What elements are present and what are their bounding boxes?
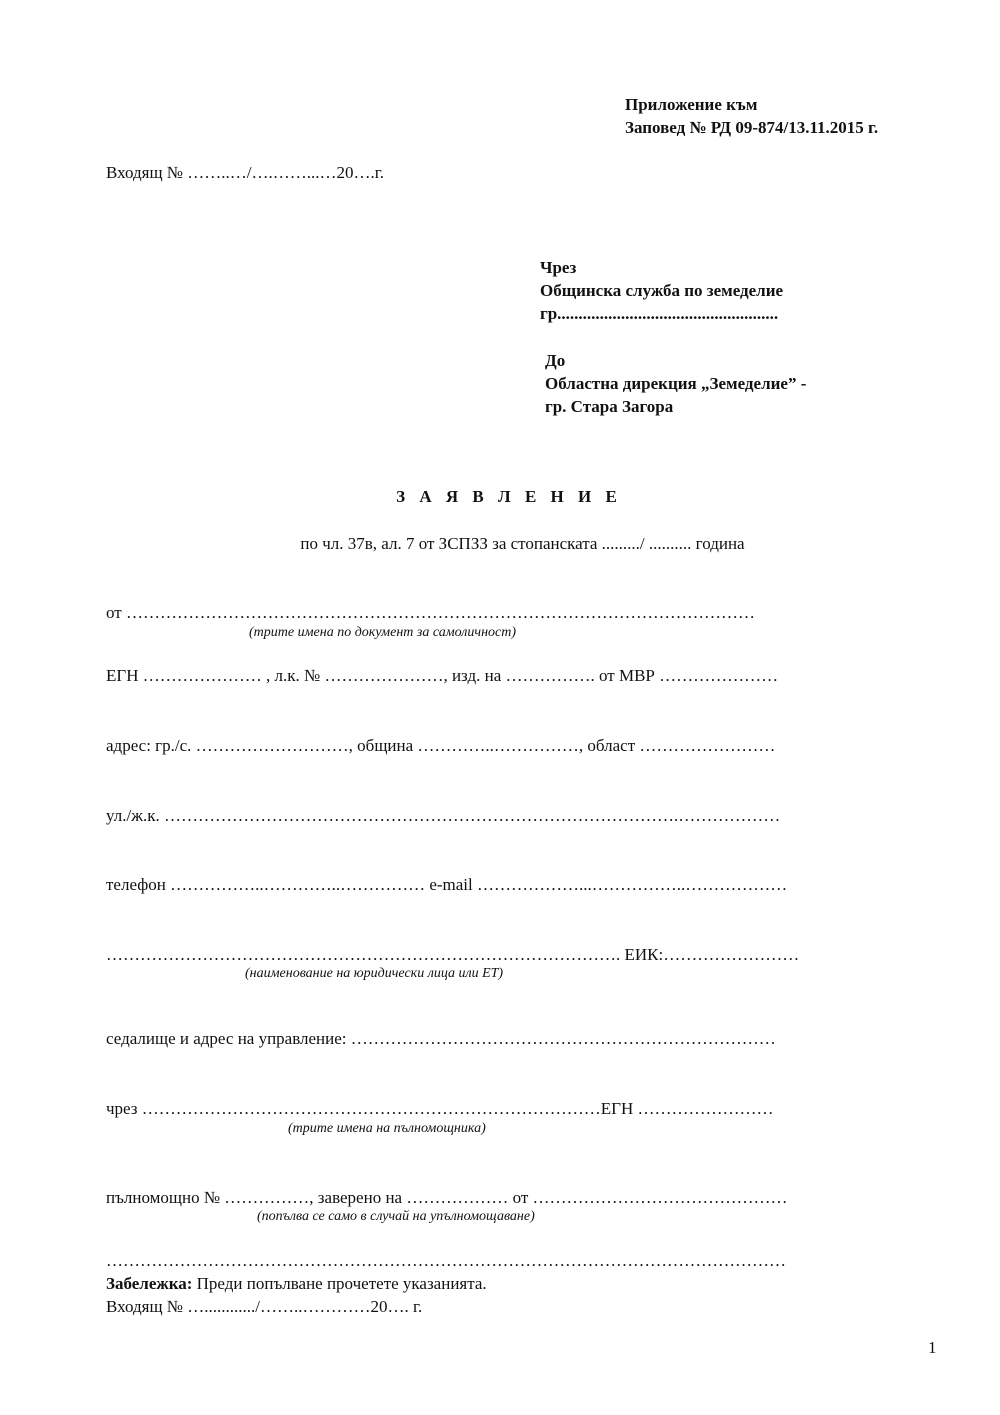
field-from-hint: (трите имена по документ за самоличност) [249, 625, 516, 641]
field-via-proxy-hint: (трите имена на пълномощника) [288, 1121, 486, 1137]
via-line-2: Общинска служба по земеделие [540, 279, 783, 302]
incoming-number-top: Входящ № ……..…/….……...…20….г. [106, 163, 384, 183]
note-text: Преди попълване прочетете указанията. [192, 1274, 486, 1293]
annex-header: Приложение към Заповед № РД 09-874/13.11… [625, 93, 878, 139]
recipient-line-3: гр. Стара Загора [545, 395, 806, 418]
field-via-proxy[interactable]: чрез ………………………………………………………………………ЕГН …………… [106, 1099, 774, 1119]
via-line-1: Чрез [540, 256, 783, 279]
document-subtitle: по чл. 37в, ал. 7 от ЗСПЗЗ за стопанскат… [0, 534, 1000, 554]
field-power-of-attorney-hint: (попълва се само в случай на упълномощав… [257, 1209, 535, 1225]
note-label: Забележка: [106, 1274, 192, 1293]
recipient-line-1: До [545, 349, 806, 372]
field-legal-entity[interactable]: ………………………………………………………………………………. ЕИК:…………… [106, 945, 799, 965]
field-power-of-attorney[interactable]: пълномощно № ……………, заверено на ……………… о… [106, 1188, 788, 1208]
field-street[interactable]: ул./ж.к. ……………………………………………………………………………….… [106, 806, 780, 826]
annex-line-1: Приложение към [625, 93, 878, 116]
field-egn-id[interactable]: ЕГН ………………… , л.к. № …………………, изд. на ……… [106, 666, 778, 686]
field-from[interactable]: от ………………………………………………………………………………………………… [106, 603, 755, 623]
via-line-3: гр......................................… [540, 302, 783, 325]
recipient-line-2: Областна дирекция „Земеделие” - [545, 372, 806, 395]
field-legal-entity-hint: (наименование на юридически лица или ЕТ) [245, 966, 503, 982]
recipient-block: До Областна дирекция „Земеделие” - гр. С… [545, 349, 806, 418]
document-title: З А Я В Л Е Н И Е [0, 487, 1000, 507]
via-block: Чрез Общинска служба по земеделие гр....… [540, 256, 783, 325]
field-phone-email[interactable]: телефон ……………..…………..…………… e-mail ………………… [106, 875, 787, 895]
field-address[interactable]: адрес: гр./с. ………………………, община …………..……… [106, 736, 775, 756]
field-seat-address[interactable]: седалище и адрес на управление: ……………………… [106, 1029, 776, 1049]
field-blank-line[interactable]: ………………………………………………………………………………………………………… [106, 1251, 786, 1271]
annex-line-2: Заповед № РД 09-874/13.11.2015 г. [625, 116, 878, 139]
note: Забележка: Преди попълване прочетете ука… [106, 1274, 487, 1294]
page-number: 1 [928, 1338, 937, 1358]
incoming-number-bottom: Входящ № …............/……..…………20…. г. [106, 1297, 422, 1317]
